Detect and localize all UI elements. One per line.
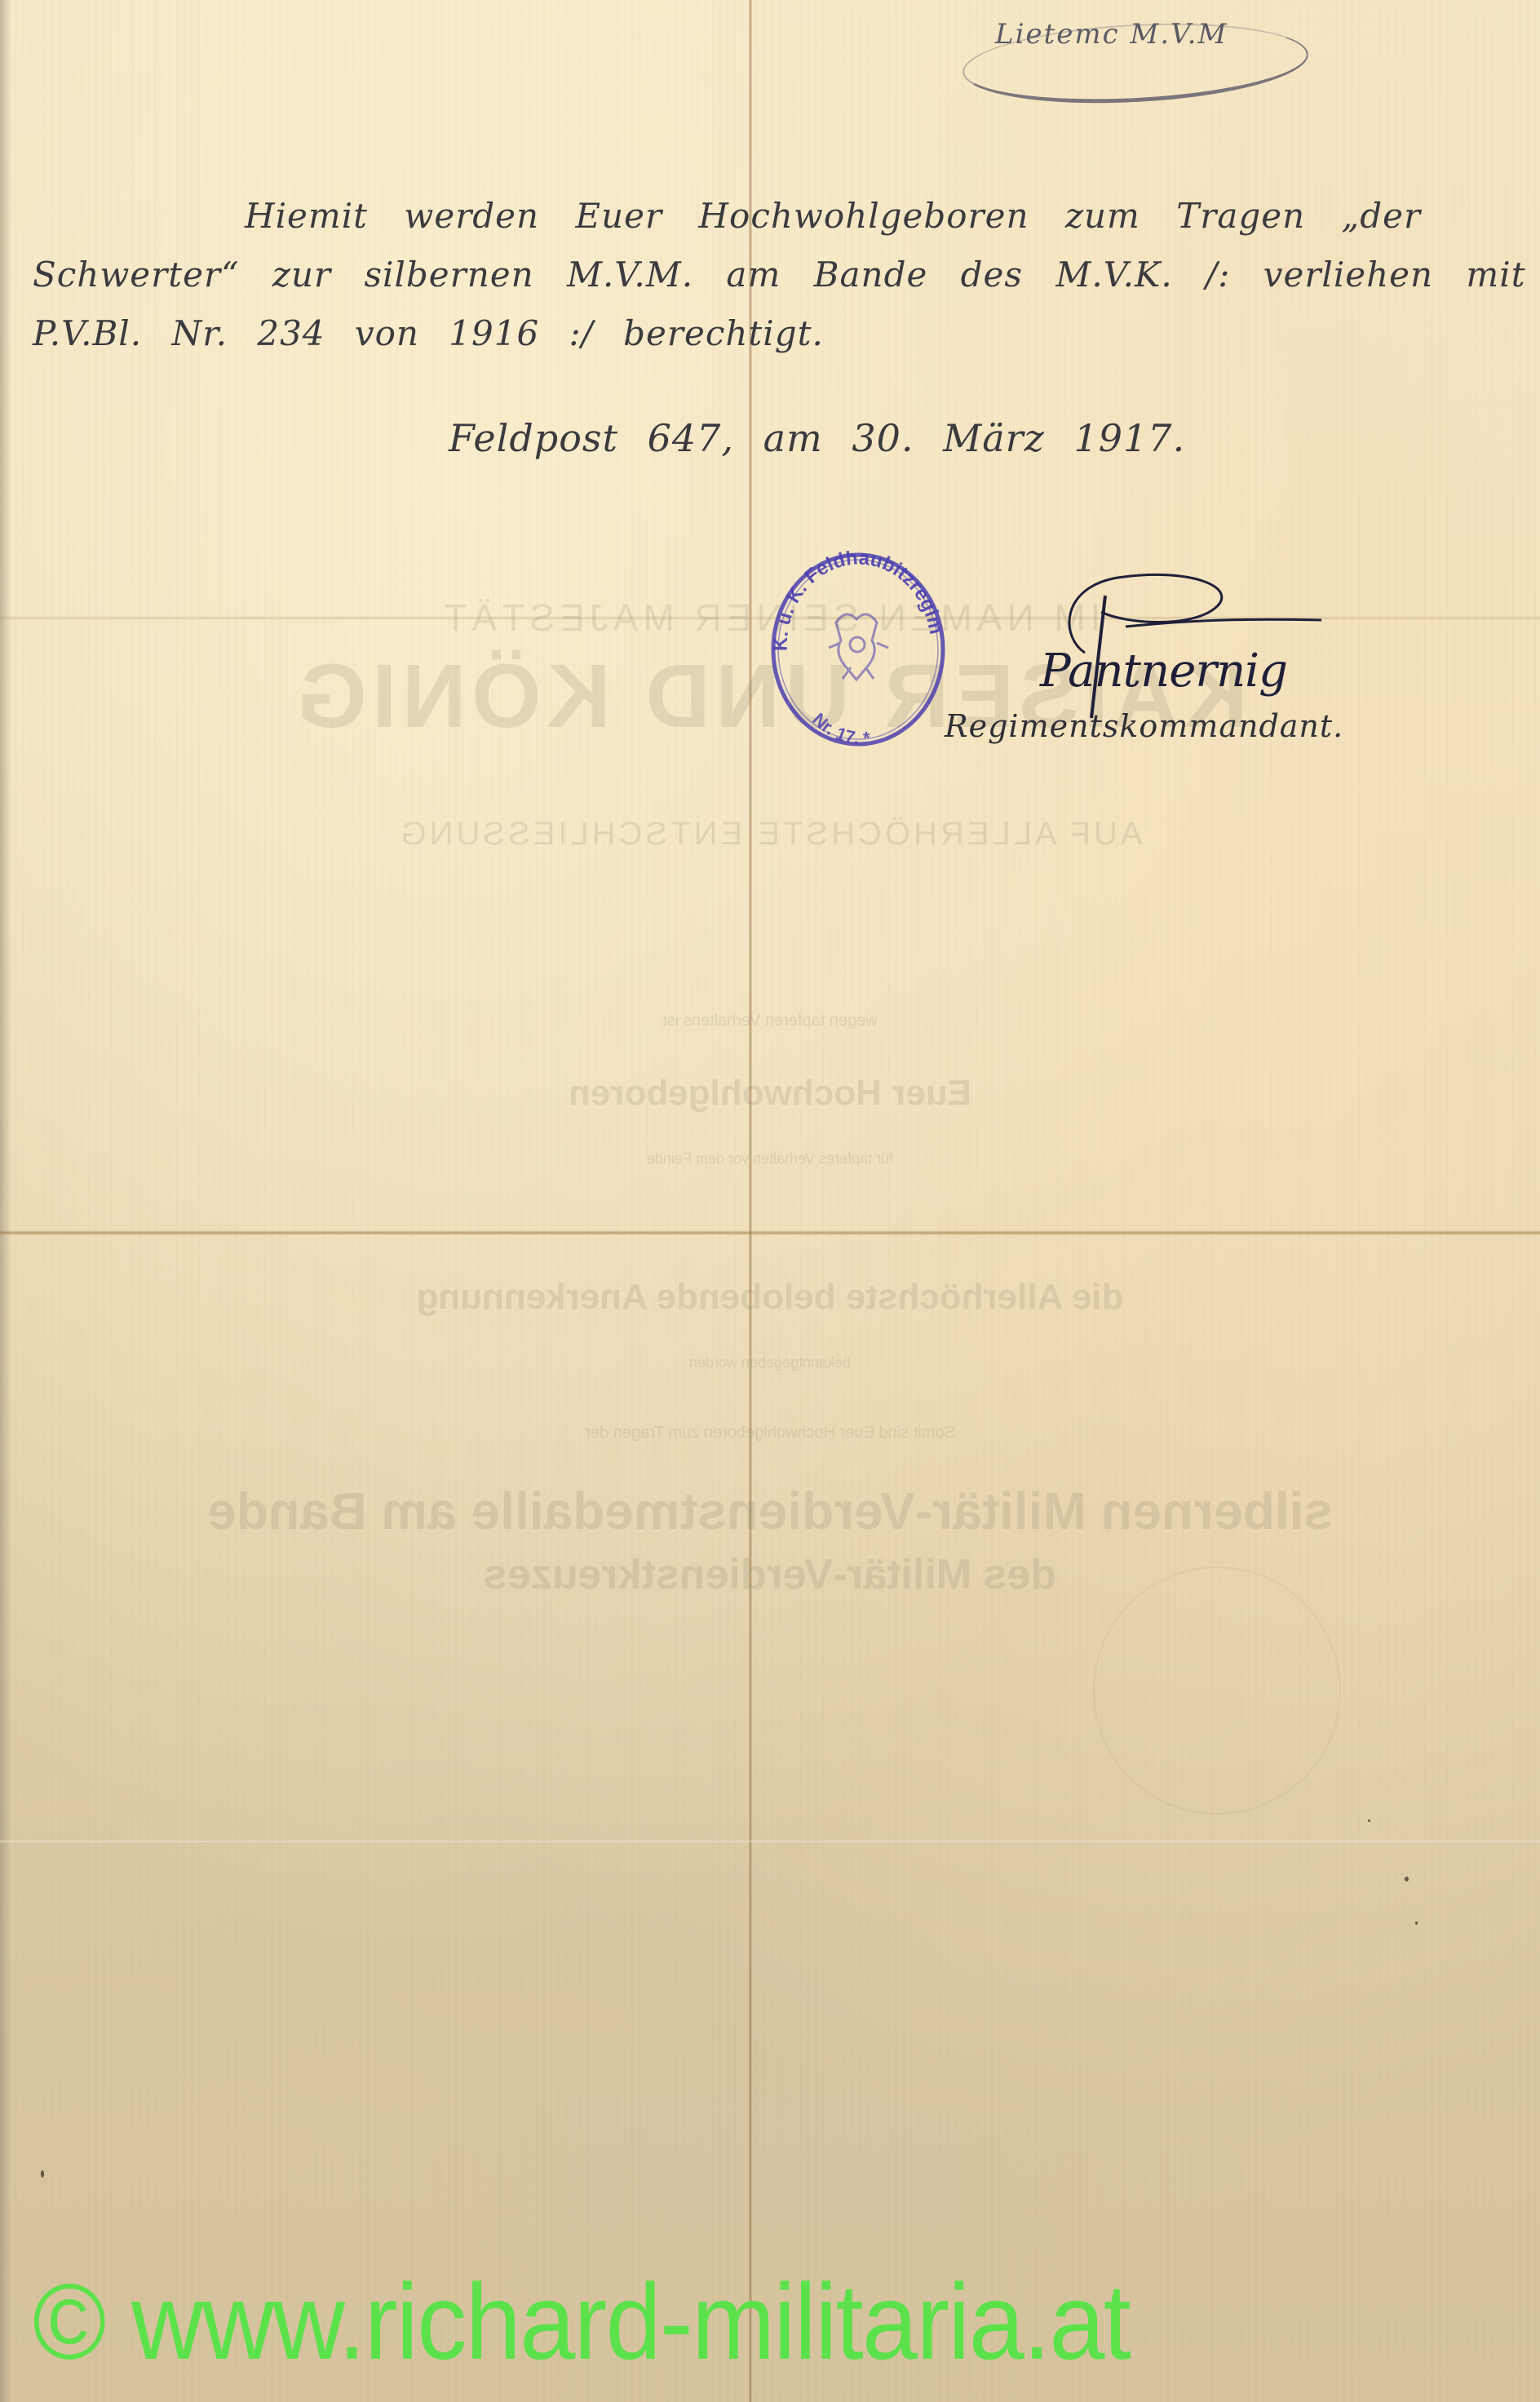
- bleed-through-text: silbernen Militär-Verdienstmedaille am B…: [0, 1481, 1540, 1541]
- bleed-through-seal: [1093, 1567, 1341, 1815]
- bleed-through-text: des Militär-Verdienstkreuzes: [0, 1550, 1540, 1599]
- copyright-watermark: © www.richard-militaria.at: [33, 2260, 1428, 2383]
- svg-text:Nr. 17. *: Nr. 17. *: [808, 709, 871, 749]
- bleed-through-text: die Allerhöchste belobende Anerkennung: [0, 1277, 1540, 1318]
- bleed-through-text: für tapferes Verhalten vor dem Feinde: [0, 1150, 1540, 1168]
- signature-name: Pantnernig: [1040, 645, 1287, 698]
- signatory-title: Regimentskommandant.: [945, 708, 1343, 744]
- stamp-seal-icon: K. u. K. Feldhaubitzregiment Nr. 17. *: [763, 545, 950, 749]
- double-headed-eagle-icon: [829, 614, 888, 680]
- bleed-through-text: Somit sind Euer Hochwohlgeboren zum Trag…: [0, 1424, 1540, 1443]
- paper-speck: [1415, 1921, 1418, 1925]
- body-text-line-3: P.V.Bl. Nr. 234 von 1916 :/ berechtigt.: [33, 313, 824, 353]
- place-and-date: Feldpost 647, am 30. März 1917.: [449, 416, 1185, 460]
- bleed-through-text: AUF ALLERHÖCHSTE ENTSCHLIESSUNG: [0, 816, 1540, 853]
- svg-text:K. u. K. Feldhaubitzregiment: K. u. K. Feldhaubitzregiment: [763, 545, 947, 651]
- regimental-stamp: K. u. K. Feldhaubitzregiment Nr. 17. *: [763, 545, 950, 749]
- paper-speck: [1368, 1819, 1370, 1822]
- paper-speck: [1405, 1877, 1409, 1881]
- paper-edge-shadow: [0, 0, 11, 2402]
- vertical-fold-crease: [749, 0, 752, 2402]
- bleed-through-text: Euer Hochwohlgeboren: [0, 1073, 1540, 1114]
- horizontal-fold-crease-lower: [0, 1840, 1540, 1843]
- bleed-through-text: bekanntgegeben worden: [0, 1354, 1540, 1372]
- bleed-through-text: wegen tapferen Verhaltens ist: [0, 1012, 1540, 1030]
- horizontal-fold-crease-middle: [0, 1230, 1540, 1235]
- body-text-line-1: Hiemit werden Euer Hochwohlgeboren zum T…: [245, 196, 1421, 236]
- body-text-line-2: Schwerter“ zur silbernen M.V.M. am Bande…: [33, 255, 1526, 295]
- paper-speck: [41, 2170, 44, 2178]
- pencil-annotation: Lietemc M.V.M: [995, 18, 1228, 51]
- document-sheet: IM NAMEN SEINER MAJESTÄT KAISER UND KÖNI…: [0, 0, 1540, 2402]
